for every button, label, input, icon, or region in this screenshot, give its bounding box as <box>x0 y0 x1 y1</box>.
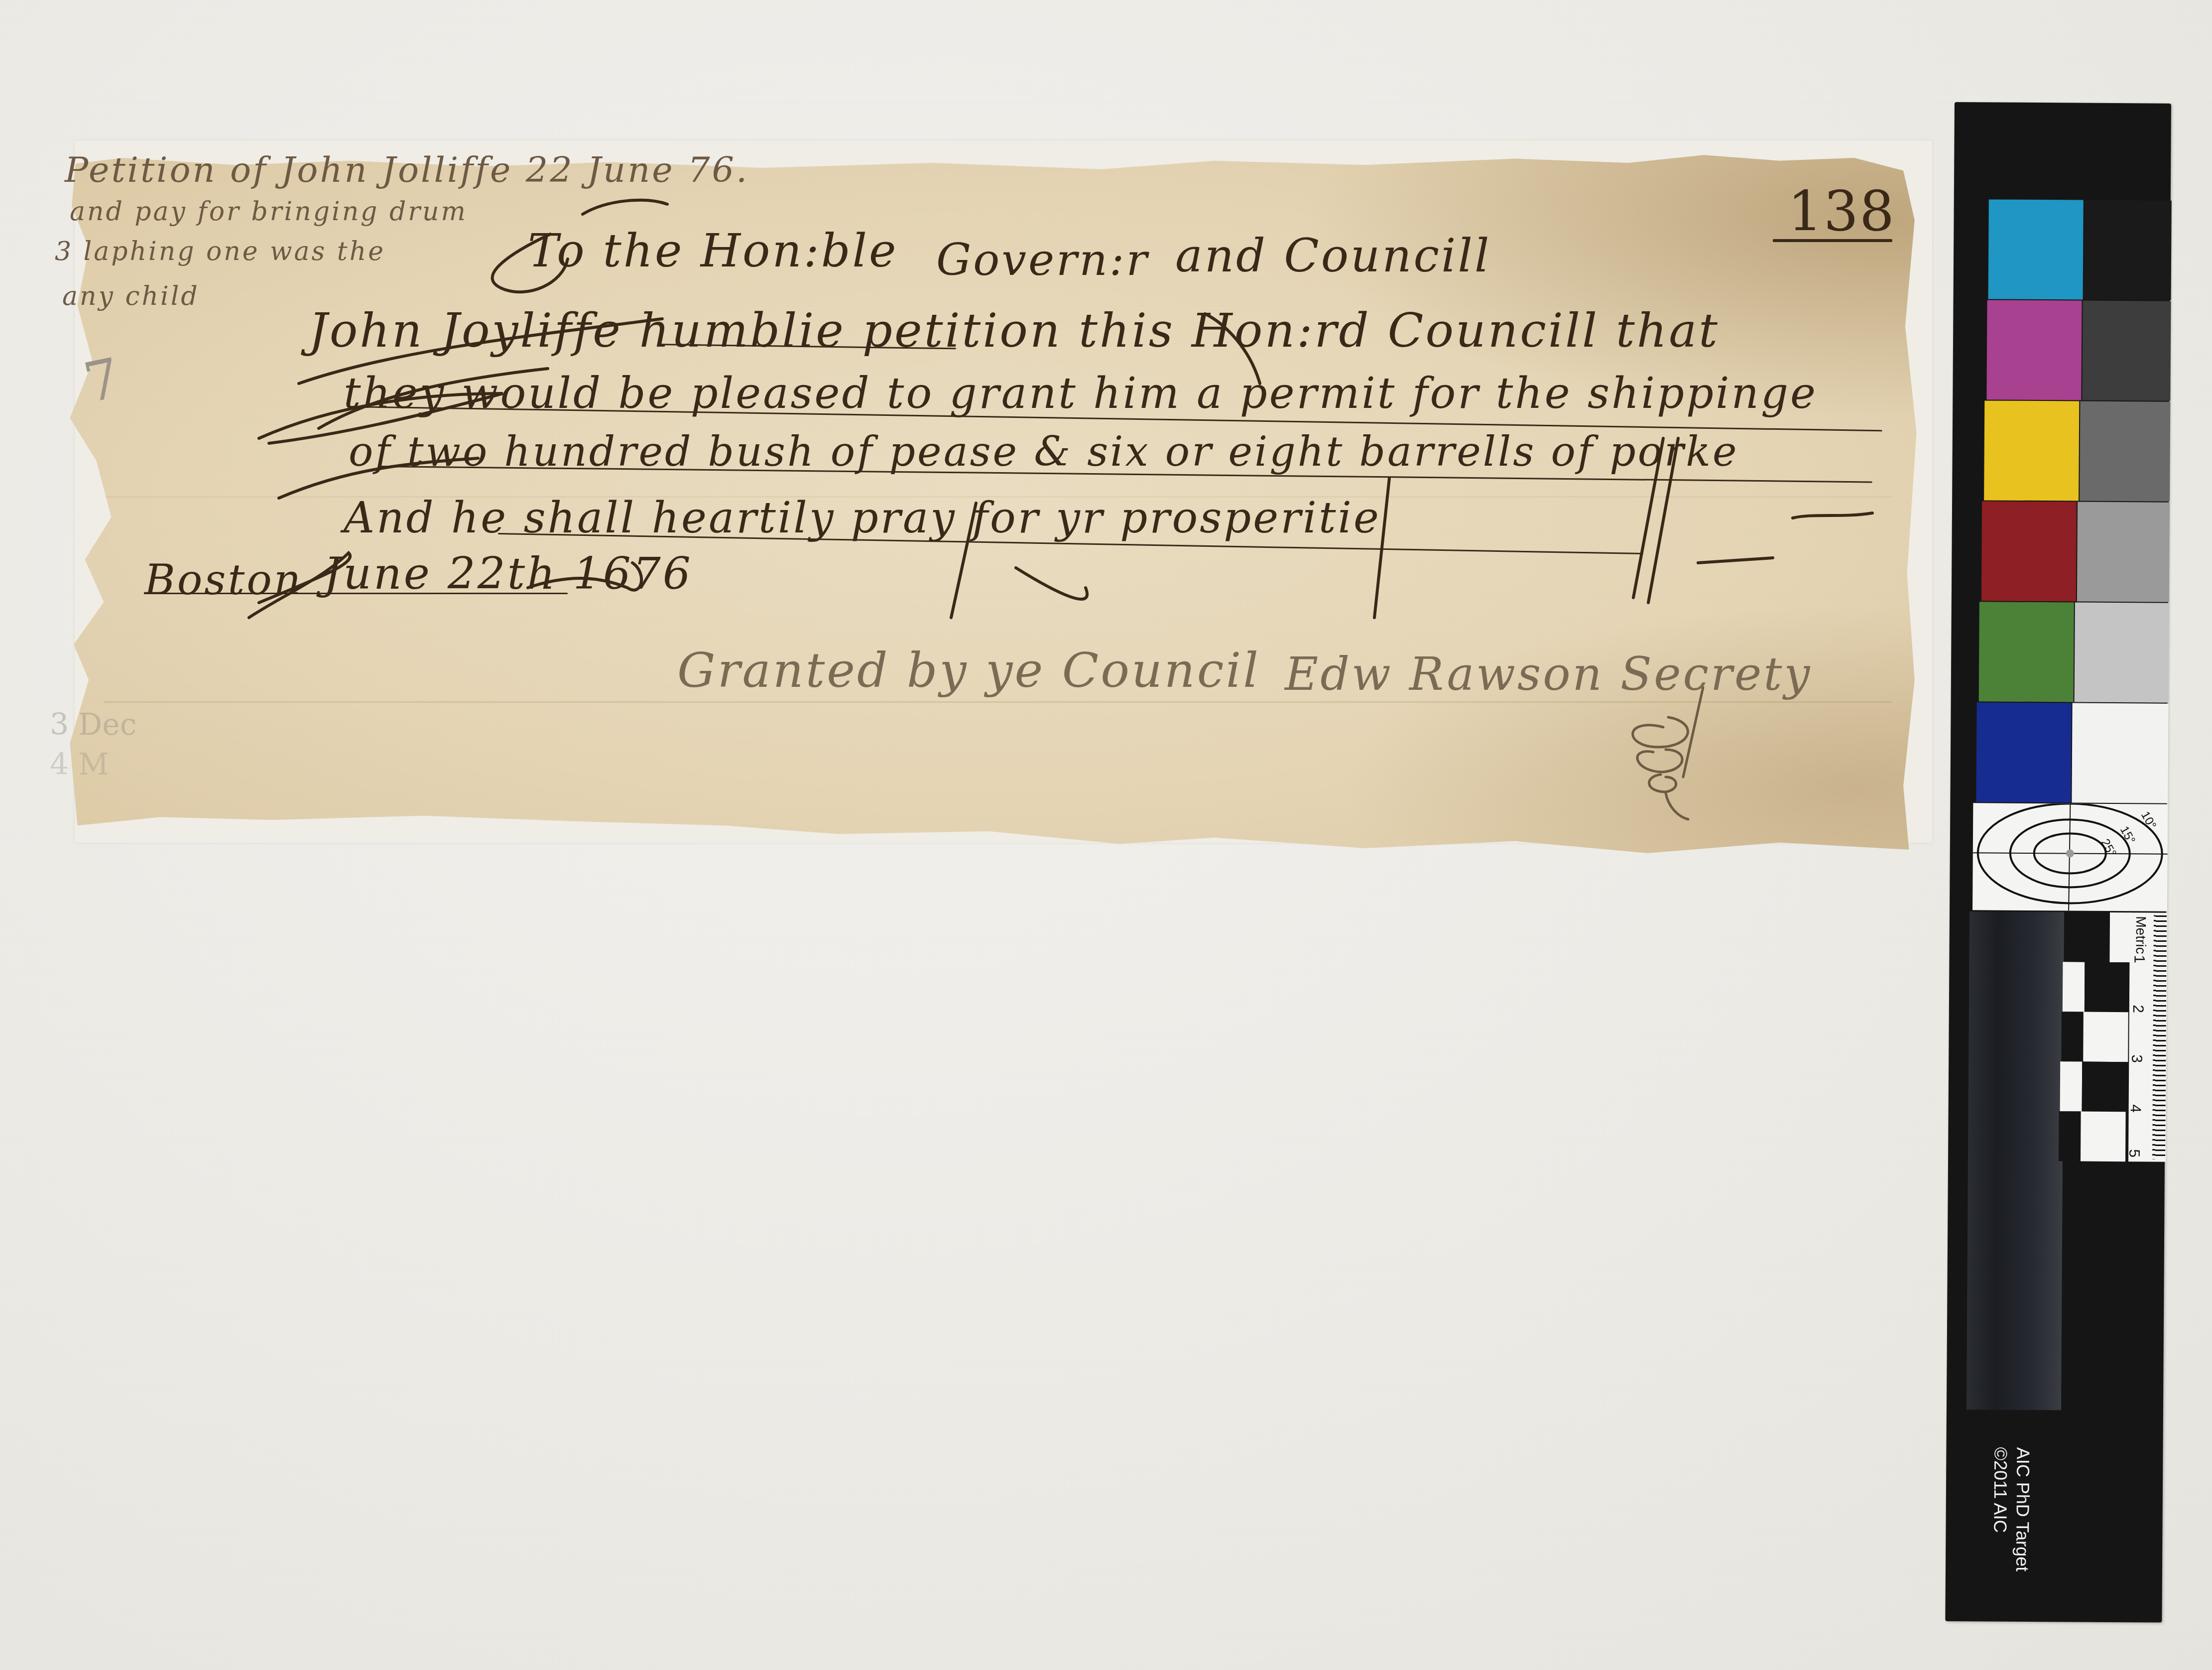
ruler-ticks <box>2152 915 2167 1159</box>
docket-line-1: Petition of John Jolliffe 22 June 76. <box>65 149 749 190</box>
patch-blue <box>1976 702 2071 802</box>
patch-mid-dark-gray <box>2080 401 2170 502</box>
checker-cell <box>2109 912 2131 962</box>
focus-target-rings-icon <box>1972 803 2168 911</box>
target-label-copyright: ©2011 AIC <box>1989 1447 2011 1533</box>
checker-cell <box>2059 1111 2081 1161</box>
ruler-number-5: 5 <box>2125 1149 2142 1157</box>
checker-cell <box>2082 1062 2127 1112</box>
ruler-number-2: 2 <box>2129 1005 2146 1013</box>
fold-crease <box>104 701 1892 703</box>
folio-number: 138 <box>1788 179 1895 243</box>
pencil-mark: 3 Dec <box>50 707 136 742</box>
endorsement-signature: Edw Rawson Secrety <box>1285 647 1812 701</box>
dateline-date: June 22th 1676 <box>324 548 693 599</box>
patch-cyan <box>1988 199 2084 299</box>
patch-white <box>2072 703 2168 803</box>
folio-underline <box>1773 239 1892 242</box>
docket-line-3: 3 laphing one was the <box>55 237 385 266</box>
ruler-number-4: 4 <box>2127 1104 2144 1113</box>
patch-red <box>1981 501 2077 601</box>
docket-line-2: and pay for bringing drum <box>70 197 468 227</box>
body-line-1: John Joyliffe humblie petition this Hon:… <box>309 304 1720 358</box>
color-calibration-target: 10° 15° 25° Metric 1 2 3 4 5 AIC PhD Tar… <box>1945 102 2171 1623</box>
endorsement-granted: Granted by ye Council <box>677 642 1260 698</box>
checker-cell <box>2083 1012 2128 1062</box>
address-to: To the Hon:ble <box>528 224 898 277</box>
patch-mid-gray <box>2077 502 2170 602</box>
patch-black <box>2084 200 2172 300</box>
body-line-2: they would be pleased to grant him a per… <box>344 369 1818 418</box>
dateline-place: Boston <box>144 555 303 604</box>
target-label-name: AIC PhD Target <box>2012 1447 2034 1572</box>
ruler-number-3: 3 <box>2128 1054 2145 1063</box>
address-governor: Govern:r <box>936 234 1149 285</box>
pencil-mark: 4 M <box>50 747 109 782</box>
address-council: and Councill <box>1175 229 1491 282</box>
ruler-number-1: 1 <box>2130 955 2147 963</box>
patch-magenta <box>1986 300 2082 400</box>
patch-light-gray <box>2075 602 2169 702</box>
focus-target: 10° 15° 25° <box>1972 803 2168 911</box>
patch-yellow <box>1984 400 2079 501</box>
gloss-black-strip <box>1966 911 2064 1410</box>
checker-cell <box>2065 912 2110 962</box>
checker-cell <box>2060 1061 2083 1111</box>
checker-cell <box>2063 962 2085 1012</box>
patch-green <box>1979 602 2074 702</box>
checker-cell <box>2085 962 2130 1013</box>
checker-cell <box>2081 1112 2126 1162</box>
patch-dark-gray <box>2082 301 2171 401</box>
checker-cell <box>2061 1012 2084 1061</box>
strike-line <box>144 593 568 594</box>
docket-line-4: any child <box>62 281 200 311</box>
body-line-4: And he shall heartily pray for yr prospe… <box>344 493 1381 543</box>
ruler-label: Metric <box>2133 916 2149 954</box>
